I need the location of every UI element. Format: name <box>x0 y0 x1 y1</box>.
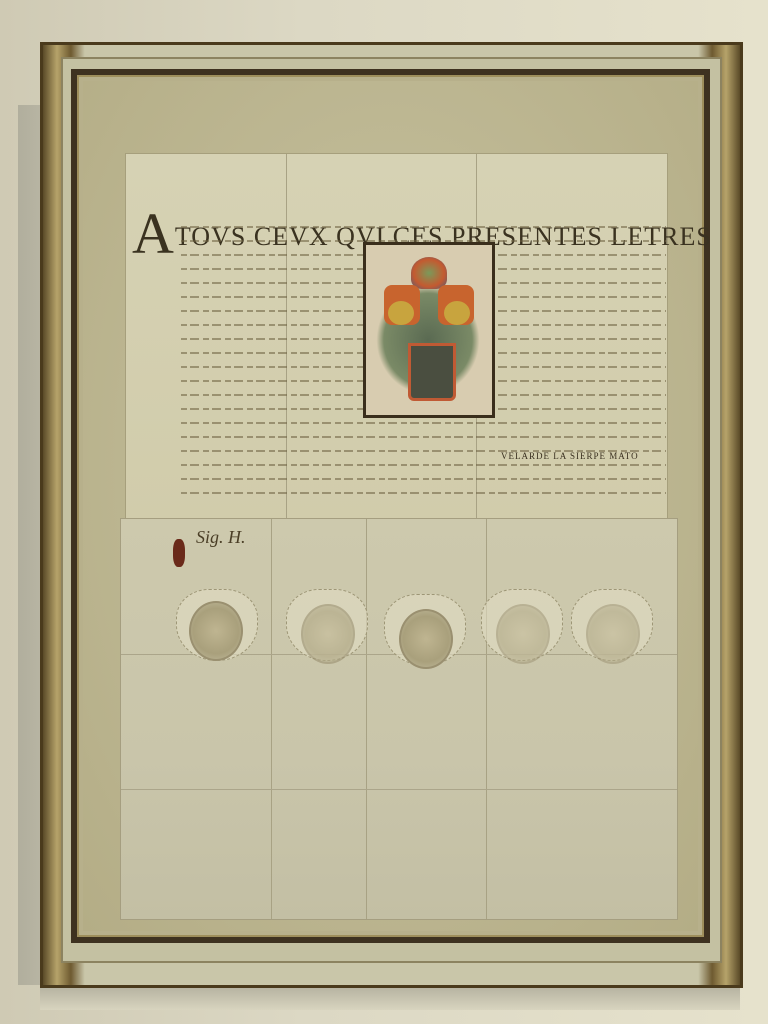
document-seal-section: Sig. H. <box>120 518 678 920</box>
title-initial: A <box>132 201 175 266</box>
fold-line <box>366 519 367 919</box>
text-line <box>181 492 666 494</box>
wax-drop <box>173 539 185 567</box>
text-line <box>181 478 666 480</box>
seal-icon <box>189 601 243 661</box>
seal-icon <box>399 609 453 669</box>
fold-line <box>486 519 487 919</box>
wall-shadow-bottom <box>40 985 740 1010</box>
document-text-section: ATOVS CEVX QVI CES PRESENTES LETRES <box>125 153 668 520</box>
fold-line <box>271 519 272 919</box>
text-line <box>181 422 666 424</box>
text-line <box>181 464 666 466</box>
signature: Sig. H. <box>196 527 246 548</box>
shield-icon <box>408 343 456 401</box>
text-line <box>181 226 666 228</box>
fold-line <box>121 789 677 790</box>
crest-icon <box>411 257 447 289</box>
gold-ornament-right <box>444 301 470 325</box>
coat-of-arms <box>363 242 495 418</box>
gold-ornament-left <box>388 301 414 325</box>
seal-icon <box>496 604 550 664</box>
text-line <box>181 436 666 438</box>
highlighted-name: VELARDE LA SIERPE MATO <box>501 451 639 461</box>
seal-icon <box>586 604 640 664</box>
seal-icon <box>301 604 355 664</box>
parchment-document: ATOVS CEVX QVI CES PRESENTES LETRES <box>120 153 680 918</box>
